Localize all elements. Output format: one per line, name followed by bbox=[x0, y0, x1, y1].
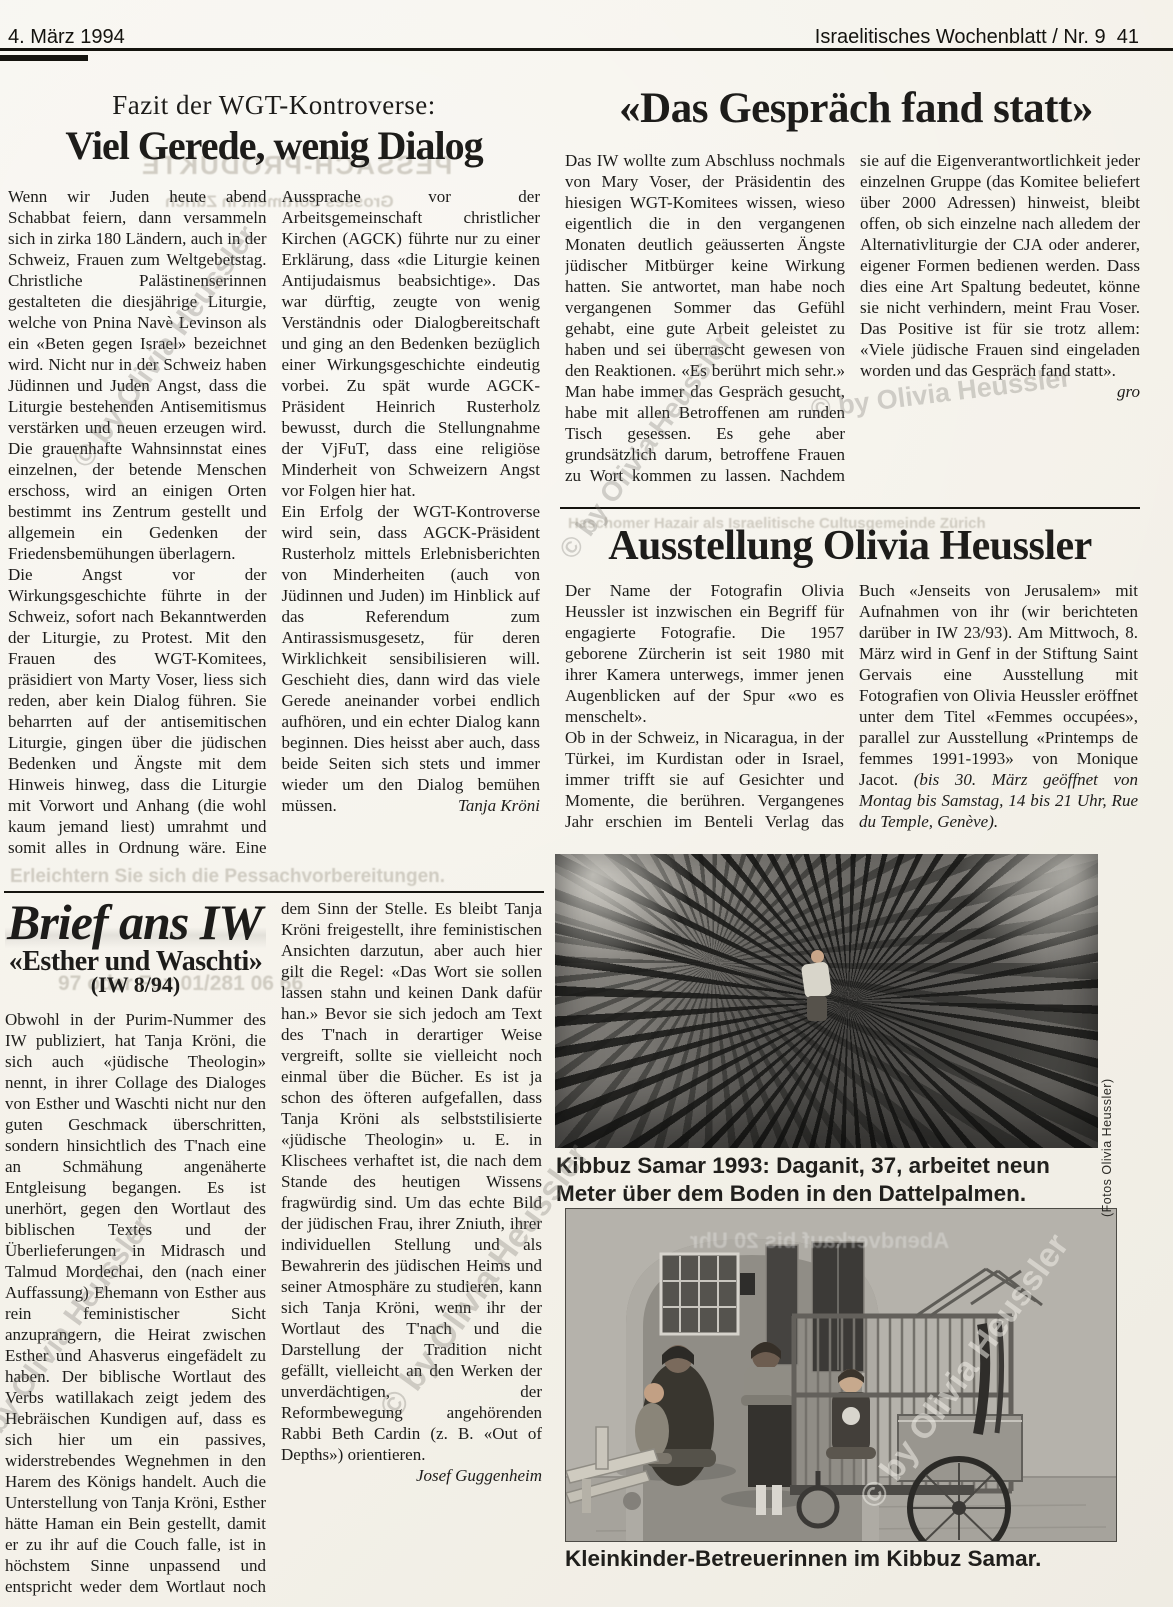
author-signature: Tanja Kröni bbox=[448, 795, 540, 816]
article-brief-header: Brief ans IW «Esther und Waschti» (IW 8/… bbox=[5, 898, 266, 995]
photo-credit: (Fotos Olivia Heussler) bbox=[1100, 1032, 1114, 1217]
article-brief-subhead: «Esther und Waschti» bbox=[5, 951, 266, 972]
header-rule bbox=[0, 48, 1173, 51]
newspaper-page: PESSACH-PRODUKTE Grosses Sortiment in Zü… bbox=[0, 0, 1173, 1607]
palm-photo-caption: Kibbuz Samar 1993: Daganit, 37, arbeitet… bbox=[556, 1152, 1101, 1208]
paragraph: Wenn wir Juden heute abend Schabbat feie… bbox=[8, 186, 267, 564]
article-brief-body: Brief ans IW «Esther und Waschti» (IW 8/… bbox=[5, 898, 542, 1602]
paragraph: Obwohl in der Purim-Nummer des IW publiz… bbox=[5, 898, 542, 1602]
paragraph: Der Name der Fotografin Olivia Heussler … bbox=[565, 580, 844, 727]
ghost-text: Erleichtern Sie sich die Pessachvorberei… bbox=[10, 866, 445, 888]
paragraph: Ein Erfolg der WGT-Kontroverse wird sein… bbox=[282, 501, 541, 816]
section-rule bbox=[4, 891, 544, 893]
article-brief-issue-ref: (IW 8/94) bbox=[5, 974, 266, 995]
article-gespraech-headline: «Das Gespräch fand statt» bbox=[570, 84, 1142, 133]
author-signature: Josef Guggenheim bbox=[406, 1465, 542, 1486]
worker-figure bbox=[807, 996, 827, 1021]
article-wgt-headline: Viel Gerede, wenig Dialog bbox=[8, 122, 540, 169]
article-brief-headline: Brief ans IW bbox=[5, 898, 266, 951]
article-ausstellung-headline: Ausstellung Olivia Heussler bbox=[560, 522, 1140, 570]
article-wgt-body: Wenn wir Juden heute abend Schabbat feie… bbox=[8, 186, 540, 858]
worker-figure bbox=[801, 961, 832, 998]
palm-tree-photo bbox=[555, 854, 1098, 1148]
kindergarten-photo bbox=[565, 1208, 1117, 1542]
section-rule bbox=[560, 507, 1140, 509]
scan-edge-mark bbox=[0, 55, 88, 61]
paragraph: Das IW wollte zum Abschluss nochmals von… bbox=[565, 150, 1140, 498]
page-date: 4. März 1994 bbox=[8, 26, 125, 49]
author-signature: gro bbox=[1107, 381, 1140, 402]
masthead: Israelitisches Wochenblatt / Nr. 9 41 bbox=[815, 26, 1139, 49]
article-gespraech-body: Das IW wollte zum Abschluss nochmals von… bbox=[565, 150, 1140, 498]
article-wgt-kicker: Fazit der WGT-Kontroverse: bbox=[8, 90, 540, 121]
article-ausstellung-body: Der Name der Fotografin Olivia Heussler … bbox=[565, 580, 1138, 852]
kindergarten-photo-caption: Kleinkinder-Betreuerinnen im Kibbuz Sama… bbox=[565, 1545, 1110, 1573]
